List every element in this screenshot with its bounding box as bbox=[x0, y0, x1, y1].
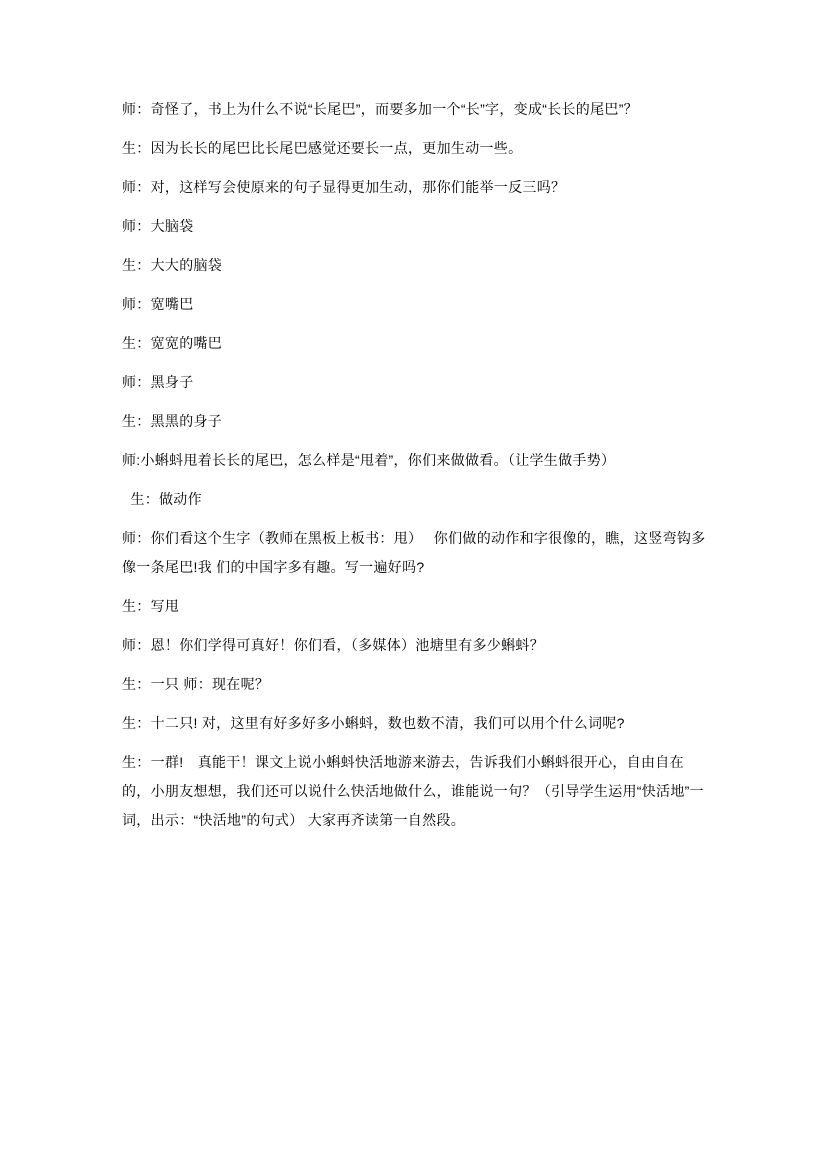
dialogue-line: 师：你们看这个生字（教师在黑板上板书：甩） 你们做的动作和字很像的，瞧，这竖弯钩… bbox=[122, 524, 707, 582]
dialogue-line: 师：奇怪了，书上为什么不说“长尾巴”，而要多加一个“长”字，变成“长长的尾巴”？ bbox=[122, 95, 707, 124]
dialogue-line: 师：对，这样写会使原来的句子显得更加生动，那你们能举一反三吗？ bbox=[122, 173, 707, 202]
dialogue-line: 生：十二只! 对，这里有好多好多小蝌蚪，数也数不清，我们可以用个什么词呢? bbox=[122, 709, 707, 738]
dialogue-line: 师:小蝌蚪甩着长长的尾巴，怎么样是“甩着”，你们来做做看。（让学生做手势） bbox=[122, 446, 707, 475]
dialogue-line: 生：做动作 bbox=[122, 485, 707, 514]
dialogue-line: 生：一群! 真能干！课文上说小蝌蚪快活地游来游去，告诉我们小蝌蚪很开心，自由自在… bbox=[122, 748, 707, 835]
dialogue-line: 生：写甩 bbox=[122, 592, 707, 621]
dialogue-line: 生：一只 师：现在呢？ bbox=[122, 670, 707, 699]
transcript-text-block: 师：奇怪了，书上为什么不说“长尾巴”，而要多加一个“长”字，变成“长长的尾巴”？… bbox=[122, 95, 707, 845]
dialogue-line: 生：黑黑的身子 bbox=[122, 407, 707, 436]
dialogue-line: 生：因为长长的尾巴比长尾巴感觉还要长一点，更加生动一些。 bbox=[122, 134, 707, 163]
dialogue-line: 师：黑身子 bbox=[122, 368, 707, 397]
dialogue-line: 师：恩！你们学得可真好！你们看，（多媒体）池塘里有多少蝌蚪？ bbox=[122, 631, 707, 660]
dialogue-line: 生：宽宽的嘴巴 bbox=[122, 329, 707, 358]
dialogue-line: 师：大脑袋 bbox=[122, 212, 707, 241]
dialogue-line: 师：宽嘴巴 bbox=[122, 290, 707, 319]
document-page: 师：奇怪了，书上为什么不说“长尾巴”，而要多加一个“长”字，变成“长长的尾巴”？… bbox=[0, 0, 827, 1170]
dialogue-line: 生：大大的脑袋 bbox=[122, 251, 707, 280]
